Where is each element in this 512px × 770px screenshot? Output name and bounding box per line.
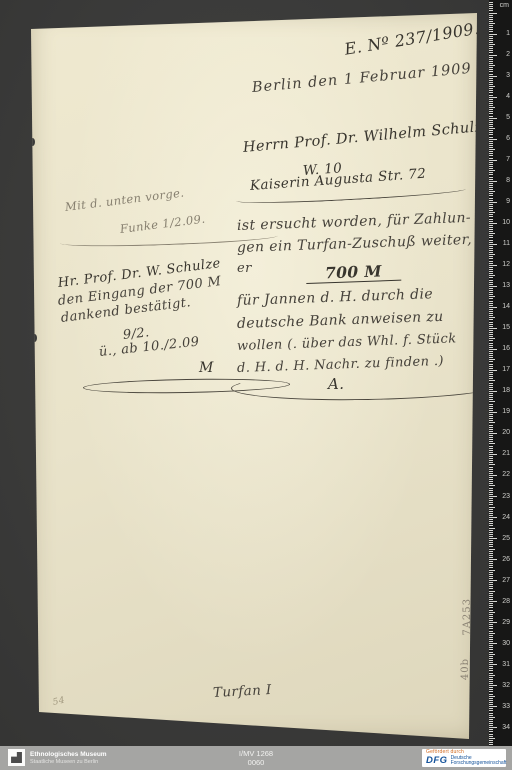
ruler-cm-label: 26: [502, 556, 510, 563]
ruler-cm-label: 14: [502, 303, 510, 310]
ruler-cm-label: 16: [502, 345, 510, 352]
letter-page: E. Nº 237/1909. Berlin den 1 Februar 190…: [31, 12, 478, 740]
ruler: cm 1234567891011121314151617181920212223…: [489, 0, 512, 746]
ruler-unit-label: cm: [500, 2, 509, 9]
ruler-cm-label: 20: [502, 429, 510, 436]
ruler-cm-label: 33: [502, 703, 510, 710]
ruler-cm-label: 10: [502, 219, 510, 226]
body-line-6: deutsche Bank anweisen zu: [237, 309, 444, 332]
ruler-cm-label: 31: [502, 661, 510, 668]
ruler-cm-label: 9: [506, 198, 510, 205]
punch-notch-bottom: [32, 334, 37, 342]
ruler-cm-label: 18: [502, 387, 510, 394]
museum-name: Ethnologisches Museum: [30, 751, 107, 759]
dfg-acronym: DFG: [426, 756, 448, 765]
ruler-cm-label: 28: [502, 598, 510, 605]
margin-mark-lower: 40b: [460, 658, 471, 680]
ruler-cm-label: 3: [506, 72, 510, 79]
ruler-cm-label: 21: [502, 450, 510, 457]
ruler-cm-label: 27: [502, 577, 510, 584]
ruler-cm-label: 7: [506, 156, 510, 163]
confirmation-initial: M: [199, 360, 214, 376]
ruler-cm-label: 30: [502, 640, 510, 647]
inventory-reference: I/MV 1268 0060: [239, 750, 273, 767]
ruler-cm-label: 23: [502, 493, 510, 500]
ruler-cm-label: 2: [506, 51, 510, 58]
ruler-cm-label: 29: [502, 619, 510, 626]
ruler-cm-label: 17: [502, 366, 510, 373]
museum-label: Ethnologisches Museum Staatliche Museen …: [30, 751, 107, 765]
punch-notch-top: [30, 138, 35, 146]
ruler-cm-label: 12: [502, 261, 510, 268]
ruler-cm-label: 15: [502, 324, 510, 331]
dateline: Berlin den 1 Februar 1909: [251, 61, 472, 96]
ruler-cm-label: 4: [506, 93, 510, 100]
body-line-3: er: [237, 261, 252, 276]
ruler-cm-label: 5: [506, 114, 510, 121]
pencil-note-line1: Mit d. unten vorge.: [64, 185, 185, 214]
ruler-cm-label: 25: [502, 535, 510, 542]
body-line-7: wollen (. über das Whl. f. Stück: [237, 331, 457, 354]
footer-note: Turfan I: [213, 682, 272, 701]
ruler-cm-label: 11: [503, 240, 510, 247]
ruler-cm-label: 8: [506, 177, 510, 184]
museum-logo-icon: [8, 749, 25, 766]
amount-underlined: 700 M: [306, 261, 402, 284]
margin-mark-upper: 7A253: [462, 598, 473, 636]
registry-number: E. Nº 237/1909.: [330, 19, 481, 61]
museum-subtitle: Staatliche Museen zu Berlin: [30, 759, 107, 765]
dfg-name: Deutsche Forschungsgemeinschaft: [451, 756, 507, 766]
ruler-cm-label: 19: [502, 408, 510, 415]
ruler-cm-label: 13: [502, 282, 510, 289]
scan-viewer: E. Nº 237/1909. Berlin den 1 Februar 190…: [0, 0, 512, 770]
ruler-cm-label: 6: [506, 135, 510, 142]
recipient-name: Herrn Prof. Dr. Wilhelm Schulze: [242, 118, 492, 156]
body-line-1: ist ersucht worden, für Zahlun-: [237, 210, 472, 234]
ruler-cm-label: 1: [506, 30, 510, 37]
ruler-cm-label: 32: [502, 682, 510, 689]
body-line-5: für Jannen d. H. durch die: [237, 286, 434, 309]
dfg-logo: Gefördert durch DFG Deutsche Forschungsg…: [422, 749, 506, 767]
museum-logo: [8, 749, 25, 766]
scan-page-number: 0060: [239, 759, 273, 768]
footer-bar: Ethnologisches Museum Staatliche Museen …: [0, 746, 512, 770]
ruler-cm-label: 24: [502, 514, 510, 521]
page-number-pencil: 54: [52, 696, 66, 708]
dfg-name-line2: Forschungsgemeinschaft: [451, 760, 507, 766]
ruler-cm-label: 22: [502, 471, 510, 478]
ruler-cm-label: 34: [502, 724, 510, 731]
